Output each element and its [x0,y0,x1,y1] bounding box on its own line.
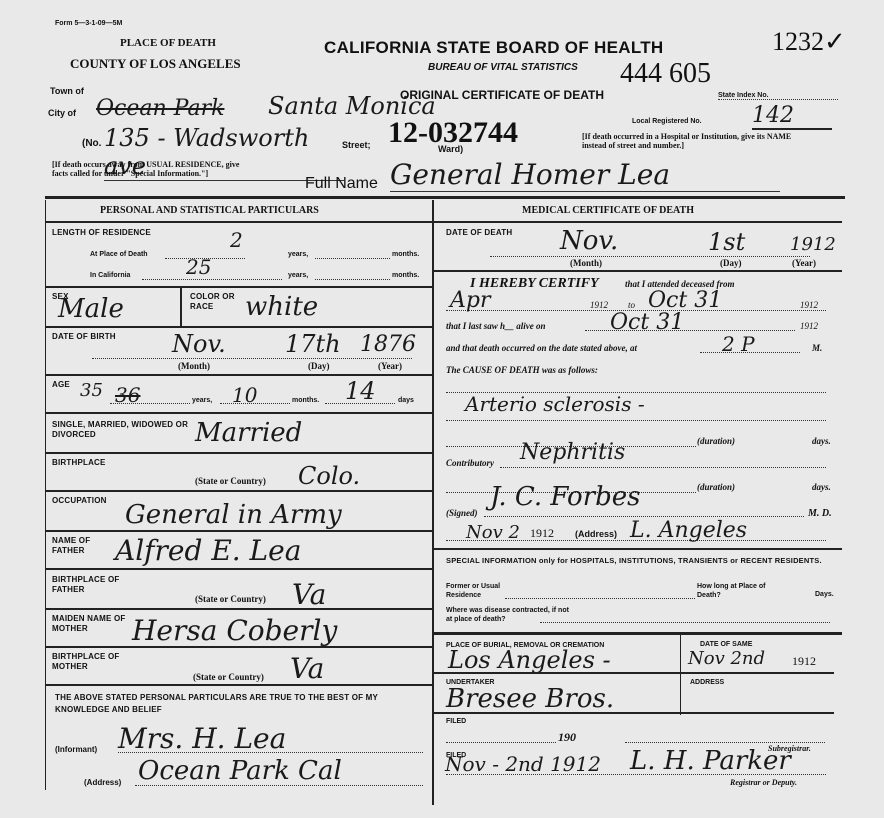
state-index-label: State Index No. [718,92,838,100]
mother-birthplace-caption: (State or Country) [193,672,264,682]
dod-year-caption: (Year) [792,258,816,268]
at-place-label: At Place of Death [90,251,148,258]
usual-residence-note: [If death occurs away from USUAL RESIDEN… [52,160,242,178]
date-of-death-label: DATE OF DEATH [446,228,512,237]
how-long-label: How long at Place of Death? [697,582,777,600]
county-label: COUNTY OF LOS ANGELES [70,56,241,72]
dob-month: Nov. [172,330,226,358]
undertaker-address-label: ADDRESS [690,679,724,686]
filed-dots [446,742,556,743]
attended-from: Apr [450,288,491,313]
birthplace-label: BIRTHPLACE [52,458,106,467]
duration-label-2: (duration) [697,482,735,492]
ward-label: Ward) [438,144,463,154]
local-registered-value: 142 [752,103,832,130]
dob-day-caption: (Day) [308,361,330,371]
signed-label: (Signed) [446,508,478,518]
dod-dots [490,256,810,257]
last-saw-year: 1912 [800,321,818,331]
mother-maiden-value: Hersa Coberly [132,614,337,647]
father-birthplace-value: Va [292,578,326,611]
m-label: M. [812,343,822,353]
stamp-number-top: 1232✓ [772,27,846,57]
at-place-months-dots [315,258,390,259]
signed-year: 1912 [530,526,554,541]
form-number: Form 5—3-1-09—5M [55,20,122,27]
rule [45,530,432,532]
stamp-number-index: 444 605 [620,58,711,90]
sex-color-divider [180,286,182,328]
rule [434,221,842,223]
mother-birthplace-value: Va [290,652,324,685]
father-name-label: NAME OF FATHER [52,536,122,556]
dob-year: 1876 [360,332,416,357]
dob-year-caption: (Year) [378,361,402,371]
burial-date-label: DATE OF SAME [700,641,752,648]
age-days-label: days [398,397,414,404]
full-name-value: General Homer Lea [390,158,780,192]
medical-address-value: L. Angeles [630,518,747,543]
in-california-label: In California [90,272,130,279]
years-label-2: years, [288,272,308,279]
dob-month-caption: (Month) [178,361,210,371]
cause-label: The CAUSE OF DEATH was as follows: [446,365,598,375]
dob-dots [92,358,412,359]
father-name-value: Alfred E. Lea [115,534,301,567]
father-birthplace-label: BIRTHPLACE OF FATHER [52,575,132,595]
rule [45,412,432,414]
rule [45,608,432,610]
signed-date: Nov 2 [466,522,520,543]
birthplace-value: Colo. [298,462,360,490]
age-years-dots [110,403,190,404]
dob-day: 17th [285,330,341,358]
attended-from-year: 1912 [590,300,608,310]
filed2-value: Nov - 2nd 1912 [445,752,601,776]
md-label: M. D. [808,508,832,519]
color-value: white [245,292,318,322]
informant-value: Mrs. H. Lea [118,722,286,755]
rule [45,646,432,648]
rule [45,374,432,376]
undertaker-value: Bresee Bros. [446,684,614,714]
street-label: Street; [342,140,371,150]
birthplace-state-caption: (State or Country) [195,476,266,486]
place-of-death-label: PLACE OF DEATH [120,37,216,49]
informant-address-value: Ocean Park Cal [138,756,342,786]
signed-dots [484,516,804,517]
signed-value: J. C. Forbes [490,482,641,512]
rule [434,270,842,272]
dod-day-caption: (Day) [720,258,742,268]
rule [434,712,834,714]
subregistrar-dots [625,742,825,743]
rule [434,672,834,674]
rule [45,684,432,686]
dod-month: Nov. [560,226,618,256]
marital-value: Married [195,418,302,448]
at-place-years: 2 [230,228,243,252]
personal-section-title: PERSONAL AND STATISTICAL PARTICULARS [100,205,319,216]
city-value-struck: Ocean Park [96,96,224,121]
rule [434,548,842,550]
burial-place-value: Los Angeles - [448,646,611,674]
age-months-dots [220,403,290,404]
days-label-2: days. [812,482,831,492]
city-label: City of [48,108,76,118]
contributory-dots [500,467,826,468]
town-label: Town of [50,86,84,96]
to-label: to [628,300,635,310]
age-days-dots [325,403,395,404]
dod-month-caption: (Month) [570,258,602,268]
rule [45,490,432,492]
last-saw-text: that I last saw h__ alive on [446,321,546,331]
in-california-years: 25 [186,255,211,279]
age-days: 14 [345,377,376,405]
medical-address-label: (Address) [575,529,617,539]
former-residence-dots [505,598,695,599]
special-days-label: Days. [815,591,834,598]
days-label-1: days. [812,436,831,446]
number-label: (No. [82,138,101,149]
rule [45,452,432,454]
where-contracted-dots [540,622,830,623]
frame-top-rule [45,196,845,199]
color-label: COLOR OR RACE [190,292,250,312]
registrar-signature: L. H. Parker [630,746,791,776]
duration-label-1: (duration) [697,436,735,446]
rule [45,568,432,570]
age-years: 35 [80,380,103,401]
rule [45,326,432,328]
filed-label: FILED [446,718,466,725]
months-label-2: months. [392,272,419,279]
rule [434,632,842,635]
burial-date-year: 1912 [792,654,816,669]
attended-to-year: 1912 [800,300,818,310]
medical-section-title: MEDICAL CERTIFICATE OF DEATH [522,205,694,216]
age-label: AGE [52,380,70,389]
dod-day: 1st [708,228,745,256]
full-name-label: Full Name [305,175,378,193]
dod-year: 1912 [790,234,836,255]
father-birthplace-caption: (State or Country) [195,594,266,604]
former-residence-label: Former or Usual Residence [446,582,506,600]
length-of-residence-label: LENGTH OF RESIDENCE [52,228,151,237]
mother-maiden-label: MAIDEN NAME OF MOTHER [52,614,132,634]
cause-dots-2 [446,420,826,421]
years-label: years, [288,251,308,258]
board-title: CALIFORNIA STATE BOARD OF HEALTH [324,38,664,58]
special-info-title: SPECIAL INFORMATION only for HOSPITALS, … [446,555,836,567]
age-years-label: years, [192,397,212,404]
hospital-note: [If death occurred in a Hospital or Inst… [582,132,812,150]
mother-birthplace-label: BIRTHPLACE OF MOTHER [52,652,132,672]
death-time-text: and that death occurred on the date stat… [446,343,637,353]
contributory-value: Nephritis [520,440,625,465]
informant-label: (Informant) [55,745,97,754]
contributory-label: Contributory [446,458,494,468]
months-label: months. [392,251,419,258]
in-california-months-dots [315,279,390,280]
sex-value: Male [58,294,124,324]
age-months-label: months. [292,397,319,404]
rule [45,221,432,223]
occupation-label: OCCUPATION [52,496,107,505]
cause-value: Arterio sclerosis - [465,392,645,416]
dob-label: DATE OF BIRTH [52,332,116,341]
occupation-value: General in Army [125,500,342,530]
center-divider [432,200,434,805]
death-time-value: 2 P [722,332,755,356]
registrar-label: Registrar or Deputy. [730,778,797,787]
marital-label: SINGLE, MARRIED, WIDOWED OR DIVORCED [52,420,192,440]
in-california-dots [142,279,282,280]
filed-year-prefix: 190 [558,730,576,745]
rule [45,286,432,288]
burial-divider [680,635,681,715]
local-registered-label: Local Registered No. [632,118,702,125]
left-border [45,200,46,790]
attestation-text: THE ABOVE STATED PERSONAL PARTICULARS AR… [55,692,430,716]
bureau-label: BUREAU OF VITAL STATISTICS [428,62,578,73]
burial-date-value: Nov 2nd [688,648,765,669]
last-saw-value: Oct 31 [610,310,684,335]
informant-address-label: (Address) [84,778,121,787]
